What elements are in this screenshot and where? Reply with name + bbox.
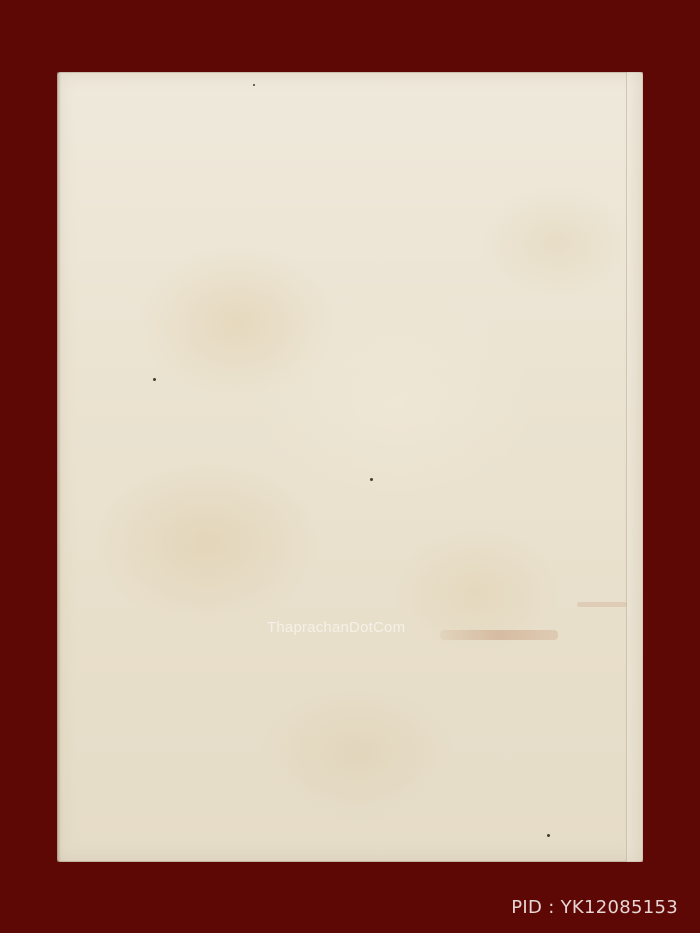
cover-left-edge bbox=[57, 72, 61, 862]
book-back-cover: ThaprachanDotCom bbox=[57, 72, 643, 862]
cover-speck bbox=[370, 478, 373, 481]
book-spine-edge bbox=[626, 72, 643, 862]
watermark-text: ThaprachanDotCom bbox=[267, 619, 405, 636]
cover-stain-small bbox=[577, 602, 627, 607]
photo-stage: ThaprachanDotCom PID : YK12085153 bbox=[0, 0, 700, 933]
cover-speck bbox=[547, 834, 550, 837]
pid-label: PID : YK12085153 bbox=[511, 897, 678, 918]
cover-speck bbox=[253, 84, 255, 86]
cover-stain bbox=[440, 630, 558, 640]
cover-speck bbox=[153, 378, 156, 381]
